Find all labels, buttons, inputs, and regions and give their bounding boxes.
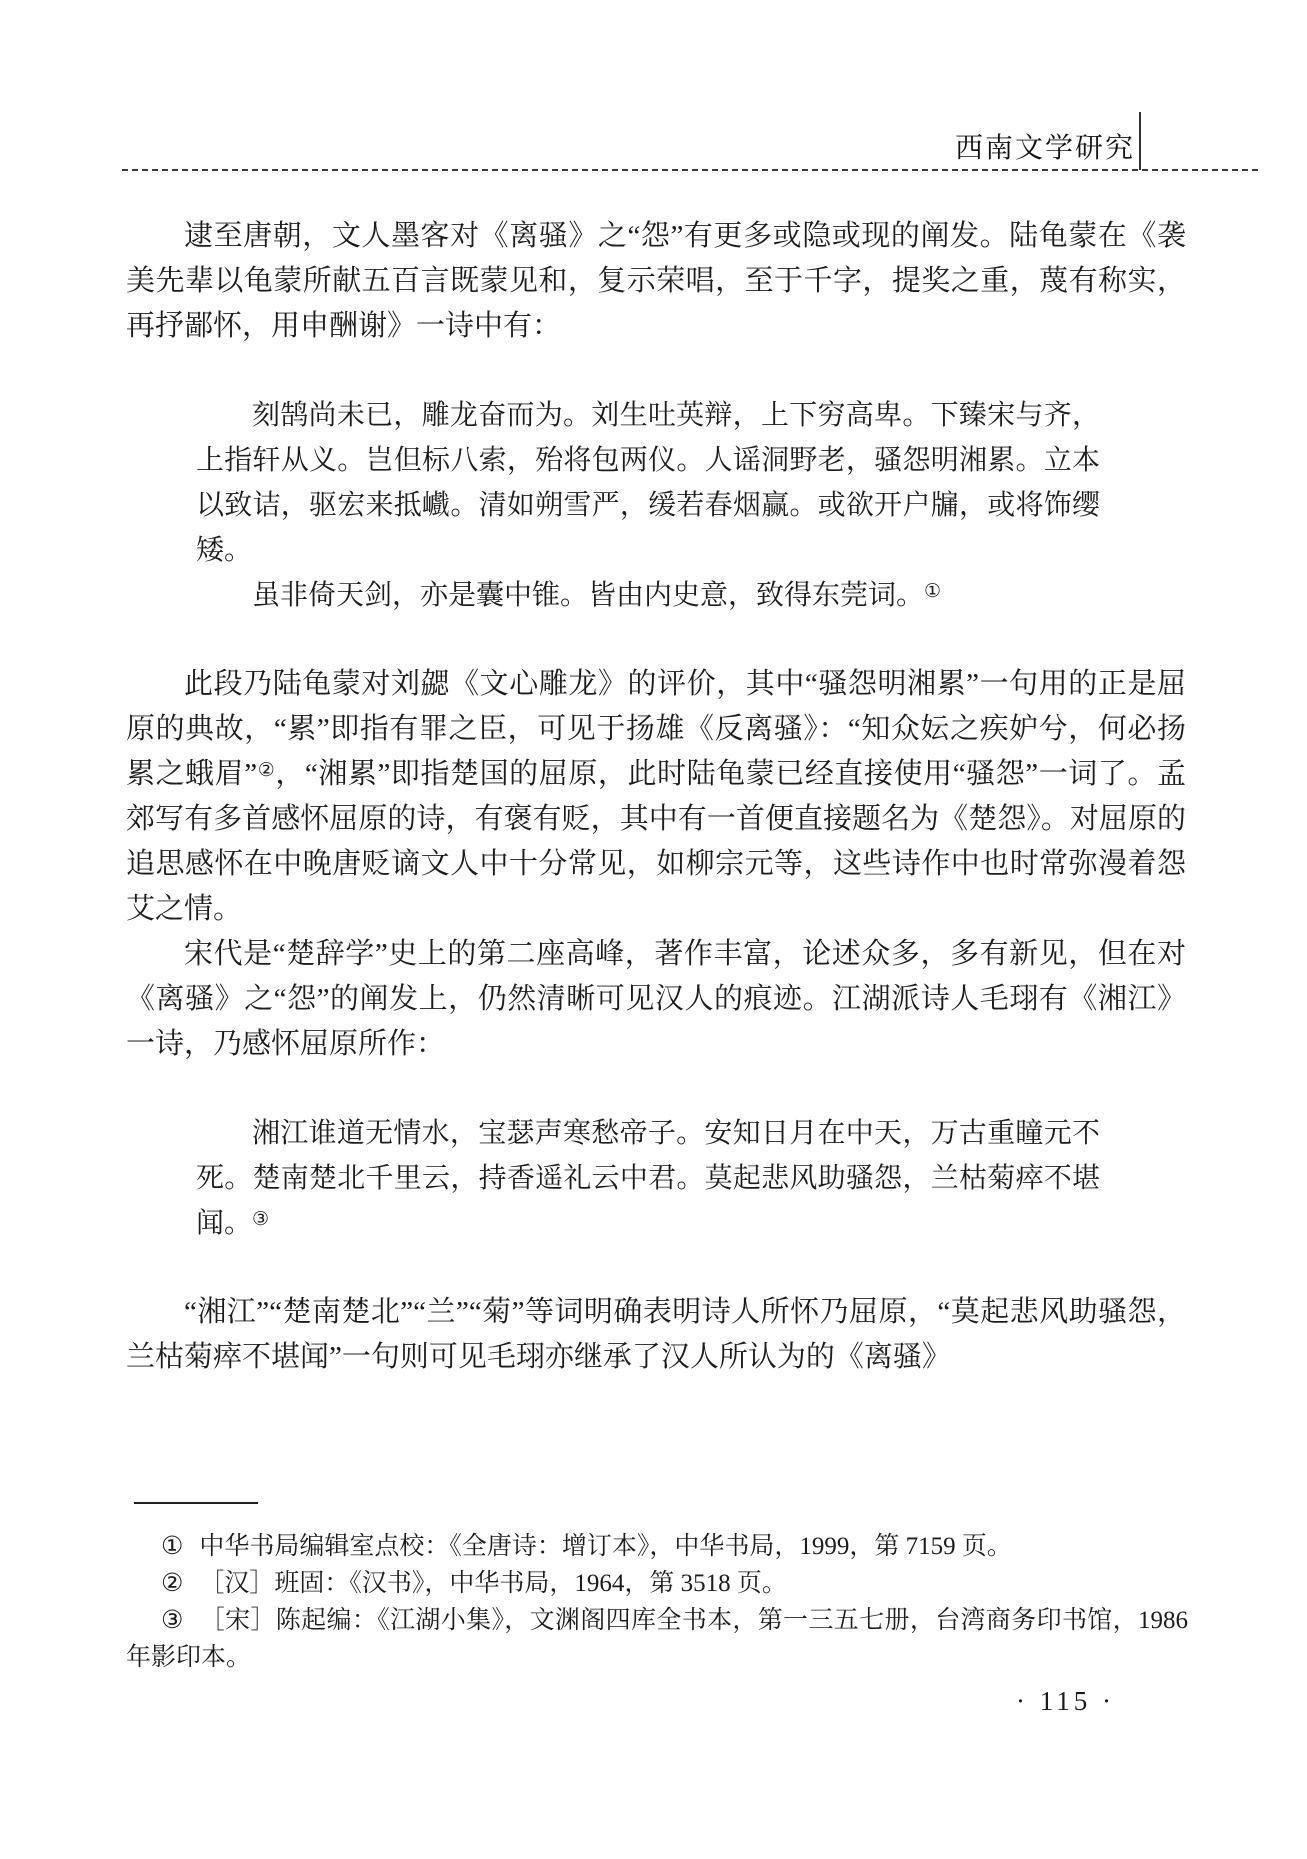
footnote-separator-rule	[134, 1502, 258, 1504]
paragraph-3: 宋代是“楚辞学”史上的第二座高峰，著作丰富，论述众多，多有新见，但在对《离骚》之…	[126, 932, 1186, 1067]
paragraph-4: “湘江”“楚南楚北”“兰”“菊”等词明确表明诗人所怀乃屈原，“莫起悲风助骚怨，兰…	[126, 1290, 1186, 1380]
quote-2-line: 湘江谁道无情水，宝瑟声寒愁帝子。安知日月在中天，万古重瞳元不死。楚南楚北千里云，…	[196, 1111, 1100, 1246]
footnote-3-text: ［宋］陈起编：《江湖小集》，文渊阁四库全书本，第一三五七册，台湾商务印书馆，19…	[126, 1607, 1188, 1671]
running-head-title: 西南文学研究	[955, 126, 1135, 166]
quote-1-stanza-1: 刻鹄尚未已，雕龙奋而为。刘生吐英辩，上下穷高卑。下臻宋与齐，上指轩从义。岂但标八…	[196, 393, 1100, 573]
paragraph-2-text-b: ，“湘累”即指楚国的屈原，此时陆龟蒙已经直接使用“骚怨”一词了。孟郊写有多首感怀…	[126, 758, 1186, 925]
footnote-2-marker: ②	[161, 1570, 183, 1597]
footnote-item-1: ①中华书局编辑室点校：《全唐诗：增订本》，中华书局，1999，第 7159 页。	[126, 1528, 1188, 1565]
footnote-ref-2: ②	[257, 760, 275, 781]
quote-2-text: 湘江谁道无情水，宝瑟声寒愁帝子。安知日月在中天，万古重瞳元不死。楚南楚北千里云，…	[196, 1118, 1100, 1239]
quote-block-2: 湘江谁道无情水，宝瑟声寒愁帝子。安知日月在中天，万古重瞳元不死。楚南楚北千里云，…	[196, 1111, 1100, 1246]
header-dashed-divider	[122, 169, 1258, 171]
footnote-area: ①中华书局编辑室点校：《全唐诗：增订本》，中华书局，1999，第 7159 页。…	[126, 1502, 1188, 1676]
quote-block-1: 刻鹄尚未已，雕龙奋而为。刘生吐英辩，上下穷高卑。下臻宋与齐，上指轩从义。岂但标八…	[196, 393, 1100, 618]
footnote-1-text: 中华书局编辑室点校：《全唐诗：增订本》，中华书局，1999，第 7159 页。	[199, 1533, 1012, 1560]
quote-1-stanza-2-text: 虽非倚天剑，亦是囊中锥。皆由内史意，致得东莞词。	[252, 580, 924, 611]
footnote-ref-1: ①	[924, 581, 941, 602]
header-vertical-divider	[1139, 112, 1141, 170]
footnote-list: ①中华书局编辑室点校：《全唐诗：增订本》，中华书局，1999，第 7159 页。…	[126, 1528, 1188, 1676]
paragraph-1: 逮至唐朝，文人墨客对《离骚》之“怨”有更多或隐或现的阐发。陆龟蒙在《袭美先辈以龟…	[126, 214, 1186, 349]
page-body: 逮至唐朝，文人墨客对《离骚》之“怨”有更多或隐或现的阐发。陆龟蒙在《袭美先辈以龟…	[126, 214, 1186, 1380]
paragraph-2: 此段乃陆龟蒙对刘勰《文心雕龙》的评价，其中“骚怨明湘累”一句用的正是屈原的典故，…	[126, 662, 1186, 932]
page-number: · 115 ·	[1016, 1686, 1115, 1717]
footnote-1-marker: ①	[161, 1533, 183, 1560]
footnote-item-2: ②［汉］班固：《汉书》，中华书局，1964，第 3518 页。	[126, 1565, 1188, 1602]
document-page: 西南文学研究 逮至唐朝，文人墨客对《离骚》之“怨”有更多或隐或现的阐发。陆龟蒙在…	[0, 0, 1307, 1859]
footnote-item-3: ③［宋］陈起编：《江湖小集》，文渊阁四库全书本，第一三五七册，台湾商务印书馆，1…	[126, 1602, 1188, 1676]
footnote-ref-3: ③	[252, 1209, 269, 1230]
footnote-3-marker: ③	[161, 1607, 184, 1634]
quote-1-stanza-2: 虽非倚天剑，亦是囊中锥。皆由内史意，致得东莞词。①	[196, 573, 1100, 618]
footnote-2-text: ［汉］班固：《汉书》，中华书局，1964，第 3518 页。	[199, 1570, 787, 1597]
